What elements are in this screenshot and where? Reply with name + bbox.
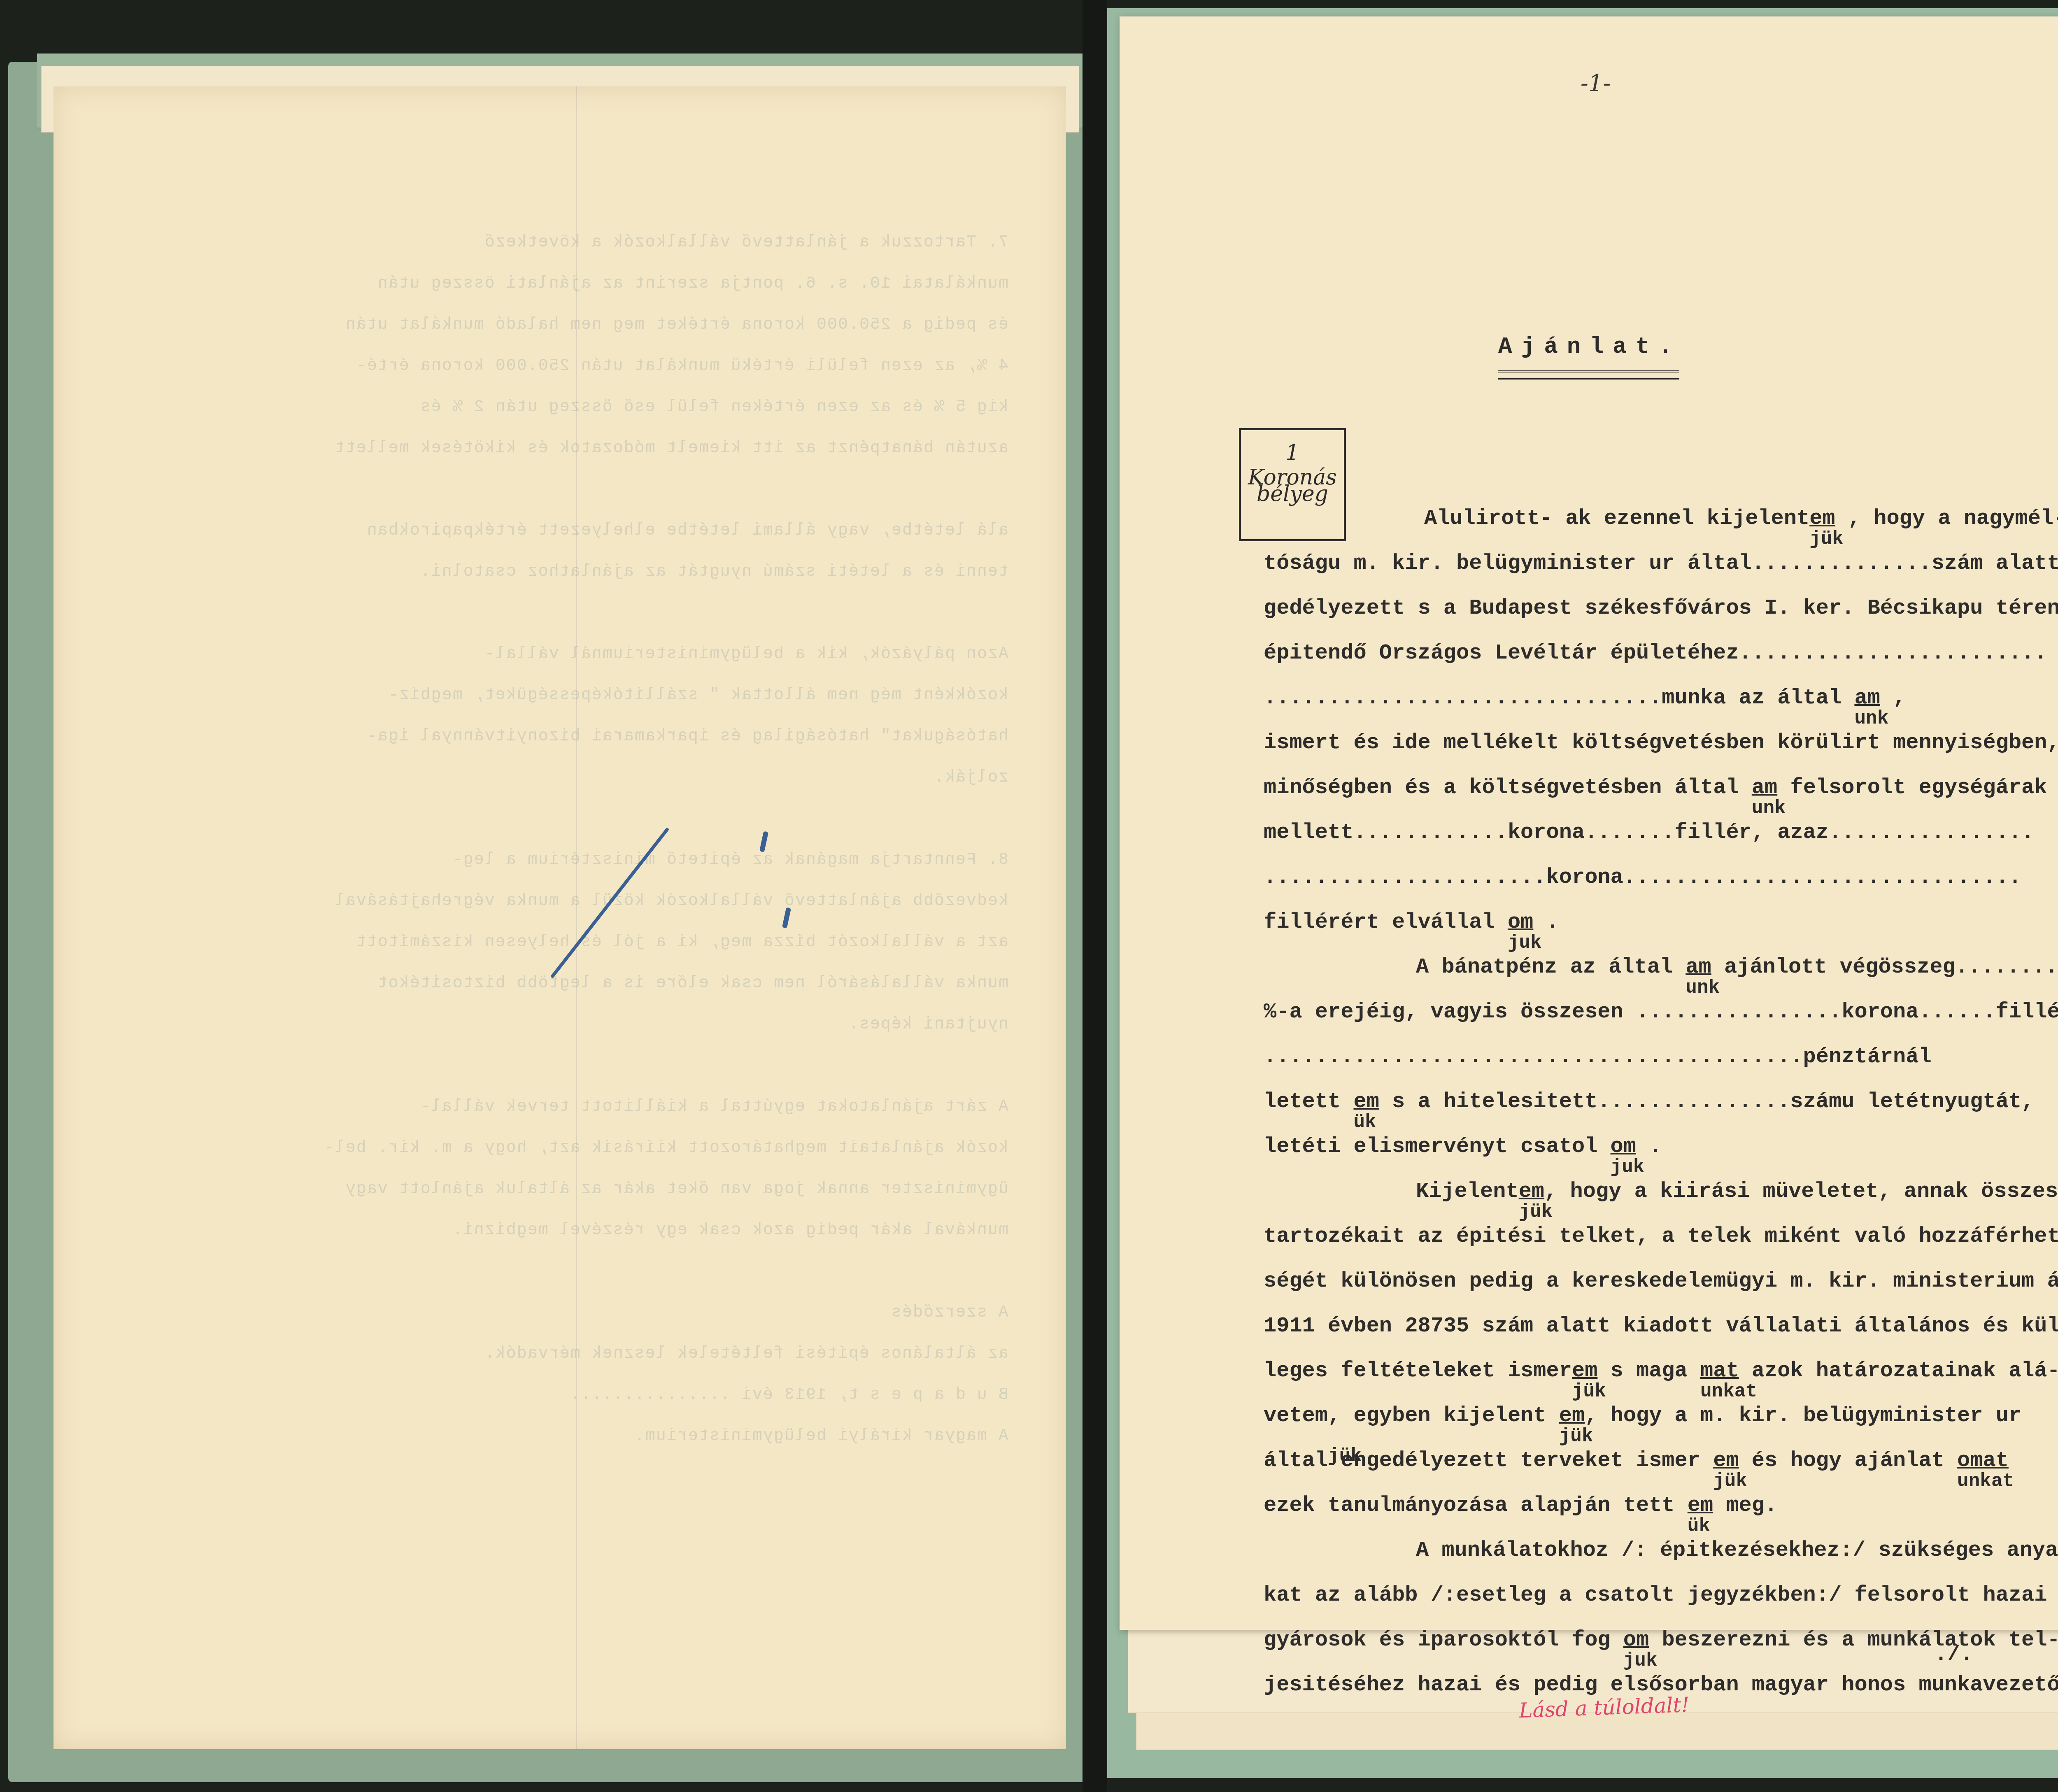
- text-segment: leges feltételeket ismer: [1264, 1359, 1572, 1383]
- text-line: ...............................munka az …: [1264, 684, 2058, 728]
- text-segment: gyárosok és iparosoktól fog: [1264, 1628, 1623, 1652]
- bleed-line: A szerződés: [82, 1292, 1008, 1334]
- text-segment: ségét különösen pedig a kereskedelemügyi…: [1264, 1269, 2058, 1293]
- bleed-line: 8. Fenntartja magának az épitető miniszt…: [82, 840, 1008, 881]
- text-segment: ........................................…: [1264, 1045, 1932, 1069]
- bleed-line: kedvezőbb ajánlattevő vállalkozók közül …: [82, 881, 1008, 922]
- text-segment: letéti elismervényt csatol: [1264, 1134, 1611, 1159]
- text-line: tartozékait az épitési telket, a telek m…: [1264, 1222, 2058, 1267]
- bleed-line: Azon pályázók, kik a belügyministeriumná…: [82, 634, 1008, 675]
- folder-spine: [1083, 0, 1107, 1792]
- text-segment: ezek tanulmányozása alapján tett: [1264, 1493, 1688, 1517]
- inflection-choice: omjuk: [1611, 1132, 1636, 1161]
- text-line: épitendő Országos Levéltár épületéhez...…: [1264, 639, 2058, 684]
- text-segment: s maga: [1597, 1359, 1700, 1383]
- bleed-line: munkával akár pedig azok csak egy részév…: [82, 1210, 1008, 1251]
- text-segment: Kijelent: [1416, 1179, 1519, 1203]
- text-segment: gedélyezett s a Budapest székesfőváros I…: [1264, 596, 2058, 620]
- text-line: 1911 évben 28735 szám alatt kiadott váll…: [1264, 1312, 2058, 1357]
- inflection-choice: emük: [1688, 1491, 1713, 1520]
- text-line: A bánatpénz az által amunk ajánlott végö…: [1264, 953, 2058, 998]
- bleed-line: kig 5 % és az ezen értéken felül eső öss…: [82, 387, 1008, 428]
- text-segment: , hogy a kiirási müveletet, annak összes: [1544, 1179, 2058, 1203]
- text-line: ségét különösen pedig a kereskedelemügyi…: [1264, 1267, 2058, 1312]
- inflection-choice: omatunkat: [1957, 1446, 2009, 1475]
- text-line: Kijelentemjük, hogy a kiirási müveletet,…: [1264, 1177, 2058, 1222]
- text-line: fillérért elvállal omjuk .: [1264, 908, 2058, 953]
- text-segment: fillérért elvállal: [1264, 910, 1508, 934]
- text-line: ezek tanulmányozása alapján tett emük me…: [1264, 1491, 2058, 1536]
- inflection-choice: emük: [1353, 1087, 1379, 1116]
- document-title: Ajánlat.: [1498, 333, 1681, 360]
- text-line: letéti elismervényt csatol omjuk .: [1264, 1132, 2058, 1177]
- inflection-choice: omjuk: [1508, 908, 1533, 937]
- inflection-choice: emjük: [1809, 504, 1835, 533]
- text-line: Alulirott- ak ezennel kijelentemjük , ho…: [1264, 504, 2058, 549]
- bleed-line: A magyar királyi belügyministerium.: [82, 1416, 1008, 1457]
- text-segment: vetem: [1264, 1403, 1328, 1428]
- text-segment: %-a erejéig, vagyis összesen ...........…: [1264, 1000, 2058, 1024]
- inflection-choice: emjük: [1519, 1177, 1544, 1206]
- inflection-choice: amunk: [1686, 953, 1711, 982]
- text-line: által engedélyezett terveket ismer emjük…: [1264, 1446, 2058, 1491]
- text-line: ......................korona............…: [1264, 863, 2058, 908]
- inflection-choice: emjük: [1713, 1446, 1739, 1475]
- text-line: tóságu m. kir. belügyminister ur által..…: [1264, 549, 2058, 594]
- text-segment: és hogy ajánlat: [1739, 1448, 1958, 1473]
- inflection-choice: emjük: [1559, 1401, 1585, 1430]
- inflection-choice: matunkat: [1700, 1357, 1739, 1385]
- bleed-line: hatóságukat" hatóságilag és iparkamarai …: [82, 716, 1008, 757]
- text-line: vetem jük, egyben kijelent emjük, hogy a…: [1264, 1401, 2058, 1446]
- text-line: leges feltételeket ismeremjük s maga mat…: [1264, 1357, 2058, 1401]
- bleed-line: munka vállalásáról nem csak előre is a l…: [82, 963, 1008, 1004]
- text-line: kat az alább /:esetleg a csatolt jegyzék…: [1264, 1581, 2058, 1626]
- text-segment: beszerezni és a munkálatok tel-: [1649, 1628, 2058, 1652]
- text-line: ismert és ide mellékelt költségvetésben …: [1264, 728, 2058, 773]
- bleed-line: munkálatai 10. s. 6. pontja szerint az a…: [82, 263, 1008, 305]
- text-segment: , hogy a nagymél-: [1835, 506, 2058, 531]
- text-segment: 1911 évben 28735 szám alatt kiadott váll…: [1264, 1314, 2058, 1338]
- bleed-line: kozókként még nem állottak " szállitókép…: [82, 675, 1008, 716]
- inflection-choice: amunk: [1854, 684, 1880, 712]
- text-segment: A munkálatokhoz /: épitkezésekhez:/ szük…: [1416, 1538, 2058, 1562]
- bleed-line: 4 %, az ezen felüli értékű munkálat után…: [82, 346, 1008, 387]
- text-segment: A bánatpénz az által: [1416, 955, 1686, 979]
- bleed-line: és pedig a 250.000 korona értéket meg ne…: [82, 305, 1008, 346]
- inflection-choice: amunk: [1752, 773, 1777, 802]
- text-segment: Alulirott- ak ezennel kijelent: [1424, 506, 1809, 531]
- bleed-line: az általános építési feltételek lesznek …: [82, 1334, 1008, 1375]
- text-line: ........................................…: [1264, 1043, 2058, 1087]
- bleed-line: alá letétbe, vagy állami letétbe elhelye…: [82, 510, 1008, 552]
- bleed-line: zolják.: [82, 757, 1008, 798]
- page-number: -1-: [1581, 70, 1611, 97]
- text-segment: meg.: [1713, 1493, 1777, 1517]
- text-segment: mellett............korona.......fillér, …: [1264, 820, 2034, 845]
- offer-body-text: Alulirott- ak ezennel kijelentemjük , ho…: [1264, 504, 2058, 1715]
- bleed-line: A zárt ajánlatokat egyúttal a kiállitott…: [82, 1087, 1008, 1128]
- text-segment: által engedélyezett terveket ismer: [1264, 1448, 1713, 1473]
- text-segment: ...............................munka az …: [1264, 686, 1854, 710]
- bleed-line: B u d a p e s t, 1913 évi ..............…: [82, 1375, 1008, 1416]
- text-line: %-a erejéig, vagyis összesen ...........…: [1264, 998, 2058, 1043]
- text-segment: minőségben és a költségvetésben által: [1264, 775, 1752, 800]
- inflection-choice: omjuk: [1623, 1626, 1649, 1655]
- text-segment: tartozékait az épitési telket, a telek m…: [1264, 1224, 2058, 1248]
- text-segment: kat az alább /:esetleg a csatolt jegyzék…: [1264, 1583, 2047, 1607]
- text-line: minőségben és a költségvetésben által am…: [1264, 773, 2058, 818]
- text-segment: épitendő Országos Levéltár épületéhez...…: [1264, 641, 2047, 665]
- bleed-line: 7. Tartozzuk a jánlattevő vállalkozók a …: [82, 222, 1008, 263]
- text-segment: tóságu m. kir. belügyminister ur által..…: [1264, 551, 2058, 575]
- text-segment: azok határozatainak alá-: [1739, 1359, 2058, 1383]
- text-line: letett emük s a hitelesitett............…: [1264, 1087, 2058, 1132]
- text-segment: , hogy a m. kir. belügyminister ur: [1585, 1403, 2021, 1428]
- text-segment: ......................korona............…: [1264, 865, 2021, 889]
- bleed-line: kozók ajánlatait meghatározott kiírásik …: [82, 1128, 1008, 1169]
- bleed-line: azt a vállalkozót bízza meg, ki a jól és…: [82, 922, 1008, 963]
- inflection-choice: emjük: [1572, 1357, 1597, 1385]
- text-line: A munkálatokhoz /: épitkezésekhez:/ szük…: [1264, 1536, 2058, 1581]
- text-line: mellett............korona.......fillér, …: [1264, 818, 2058, 863]
- bleed-line: ügyminiszter annak joga van őket akár az…: [82, 1169, 1008, 1210]
- text-segment: , egyben kijelent: [1328, 1403, 1559, 1428]
- text-segment: ajánlott végösszeg........: [1711, 955, 2058, 979]
- title-double-underline: [1498, 370, 1679, 380]
- text-segment: letett: [1264, 1089, 1353, 1114]
- bleed-line: nyujtani képes.: [82, 1004, 1008, 1045]
- stamp-label-line2: bélyeg: [1243, 482, 1342, 506]
- text-segment: felsorolt egységárak: [1777, 775, 2047, 800]
- text-line: gedélyezett s a Budapest székesfőváros I…: [1264, 594, 2058, 639]
- text-segment: s a hitelesitett...............számu let…: [1379, 1089, 2034, 1114]
- bleed-line: tenni és a letéti számú nyugtát az ajánl…: [82, 552, 1008, 593]
- continuation-mark: ./.: [1935, 1642, 1973, 1666]
- text-segment: ismert és ide mellékelt költségvetésben …: [1264, 731, 2058, 755]
- bleed-line: azután bánatpénzt az itt kiemelt módozat…: [82, 428, 1008, 469]
